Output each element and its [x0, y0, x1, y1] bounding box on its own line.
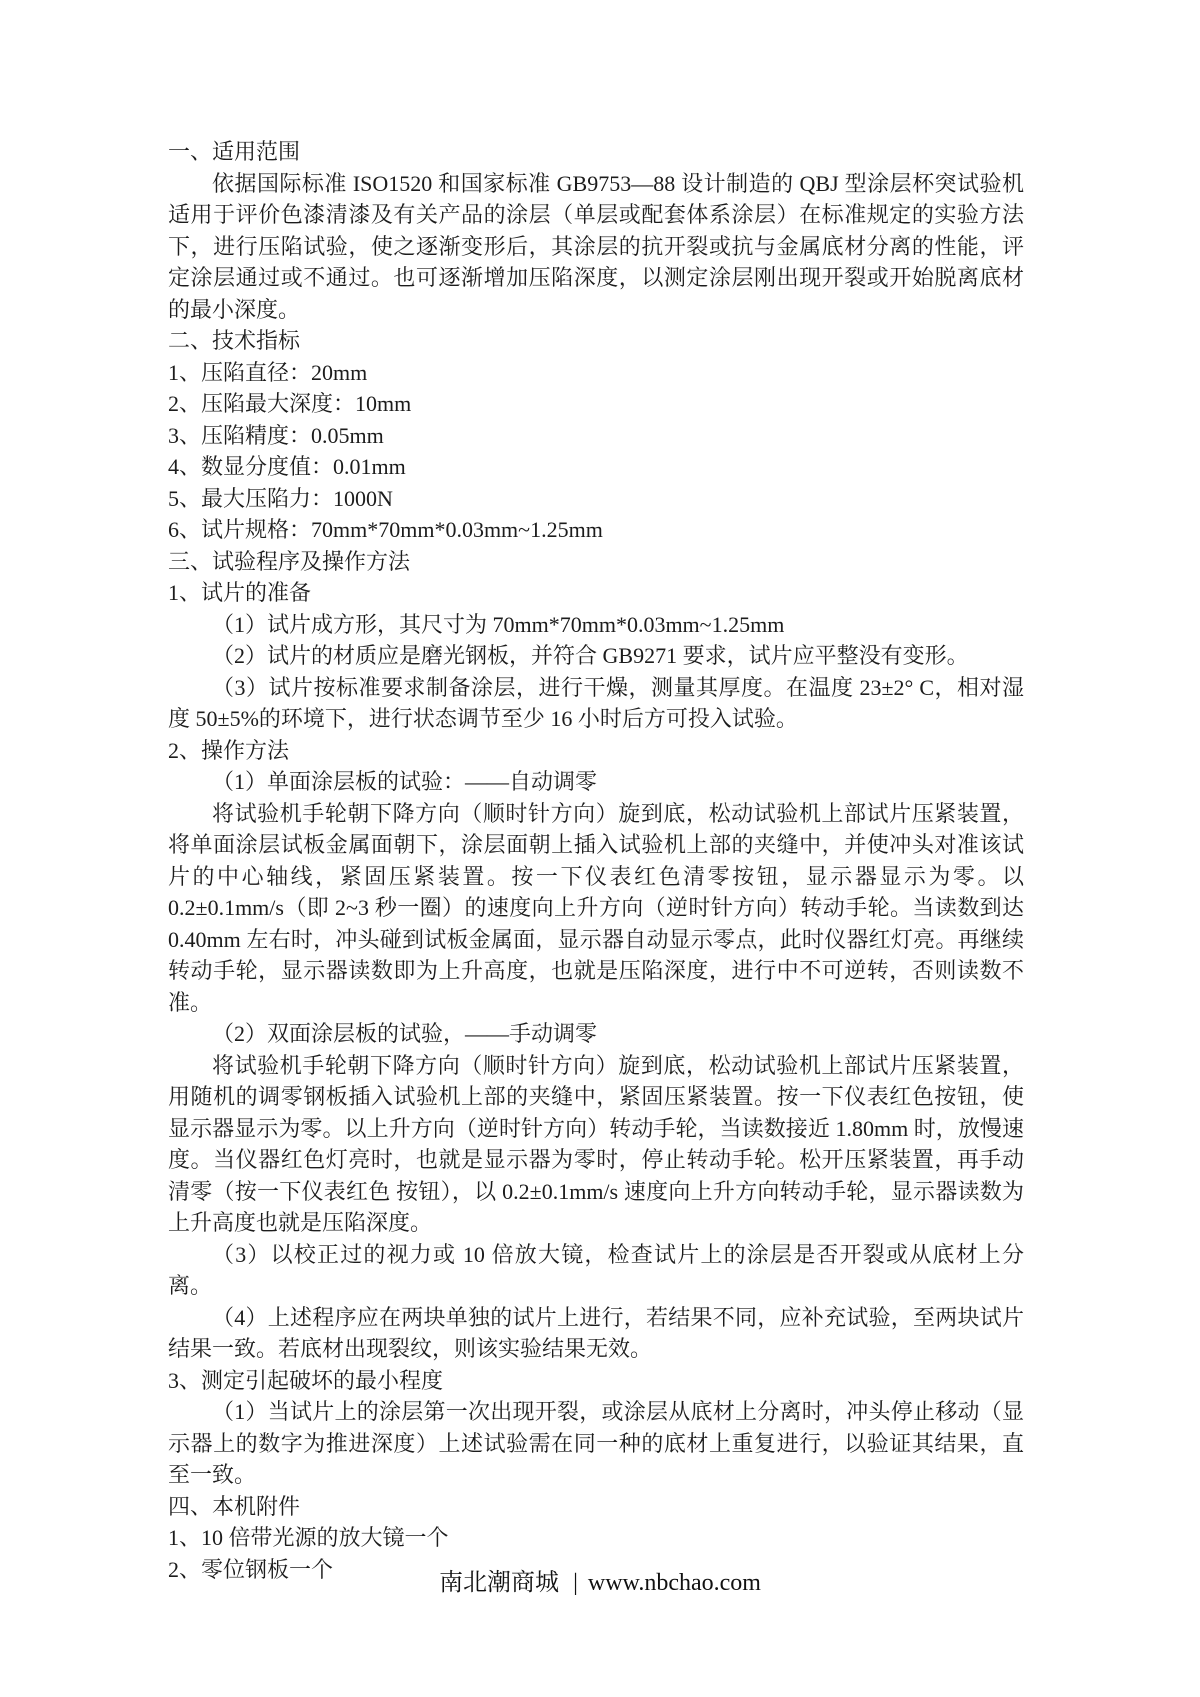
- subsection-minimum-damage: 3、测定引起破坏的最小程度: [168, 1365, 1024, 1397]
- spec-item-resolution: 4、数显分度值：0.01mm: [168, 451, 1024, 483]
- document-body: 一、适用范围 依据国际标准 ISO1520 和国家标准 GB9753—88 设计…: [168, 136, 1024, 1585]
- section-2-heading: 二、技术指标: [168, 325, 1024, 357]
- preparation-step-2: （2）试片的材质应是磨光钢板，并符合 GB9271 要求，试片应平整没有变形。: [168, 640, 1024, 672]
- spec-item-indent-diameter: 1、压陷直径：20mm: [168, 357, 1024, 389]
- section-3-heading: 三、试验程序及操作方法: [168, 546, 1024, 578]
- footer-divider: |: [573, 1566, 578, 1600]
- document-page: 一、适用范围 依据国际标准 ISO1520 和国家标准 GB9753—88 设计…: [0, 0, 1200, 1697]
- double-side-test-paragraph: 将试验机手轮朝下降方向（顺时针方向）旋到底，松动试验机上部试片压紧装置，用随机的…: [168, 1050, 1024, 1239]
- single-side-test-paragraph: 将试验机手轮朝下降方向（顺时针方向）旋到底，松动试验机上部试片压紧装置，将单面涂…: [168, 798, 1024, 1019]
- preparation-step-3: （3）试片按标准要求制备涂层，进行干燥，测量其厚度。在温度 23±2° C，相对…: [168, 672, 1024, 735]
- spec-item-precision: 3、压陷精度：0.05mm: [168, 420, 1024, 452]
- scope-paragraph: 依据国际标准 ISO1520 和国家标准 GB9753—88 设计制造的 QBJ…: [168, 168, 1024, 326]
- spec-item-max-force: 5、最大压陷力：1000N: [168, 483, 1024, 515]
- subsection-operation-method: 2、操作方法: [168, 735, 1024, 767]
- spec-item-max-depth: 2、压陷最大深度：10mm: [168, 388, 1024, 420]
- preparation-step-1: （1）试片成方形，其尺寸为 70mm*70mm*0.03mm~1.25mm: [168, 609, 1024, 641]
- single-side-test-title: （1）单面涂层板的试验：——自动调零: [168, 766, 1024, 798]
- page-footer: 南北潮商城|www.nbchao.com: [0, 1566, 1200, 1600]
- footer-site-url[interactable]: www.nbchao.com: [588, 1570, 761, 1596]
- accessory-item-magnifier: 1、10 倍带光源的放大镜一个: [168, 1522, 1024, 1554]
- operation-step-4: （4）上述程序应在两块单独的试片上进行，若结果不同，应补充试验，至两块试片结果一…: [168, 1302, 1024, 1365]
- minimum-damage-paragraph: （1）当试片上的涂层第一次出现开裂，或涂层从底材上分离时，冲头停止移动（显示器上…: [168, 1396, 1024, 1491]
- footer-site-name: 南北潮商城: [439, 1570, 559, 1596]
- operation-step-3: （3）以校正过的视力或 10 倍放大镜，检查试片上的涂层是否开裂或从底材上分离。: [168, 1239, 1024, 1302]
- section-1-heading: 一、适用范围: [168, 136, 1024, 168]
- subsection-specimen-preparation: 1、试片的准备: [168, 577, 1024, 609]
- double-side-test-title: （2）双面涂层板的试验，——手动调零: [168, 1018, 1024, 1050]
- section-4-heading: 四、本机附件: [168, 1491, 1024, 1523]
- spec-item-specimen-size: 6、试片规格：70mm*70mm*0.03mm~1.25mm: [168, 514, 1024, 546]
